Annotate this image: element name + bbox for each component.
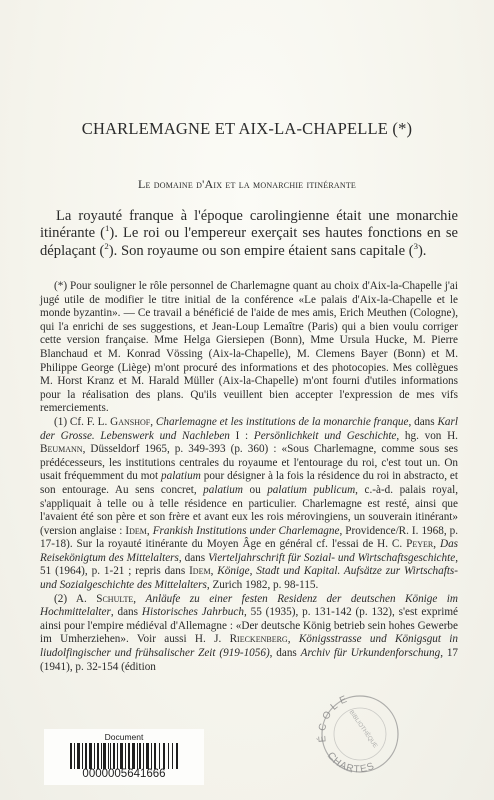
svg-text:CHARTES: CHARTES bbox=[325, 750, 377, 774]
svg-text:ÉCOLE: ÉCOLE bbox=[315, 692, 352, 742]
svg-text:BIBLIOTHÈQUE: BIBLIOTHÈQUE bbox=[348, 709, 379, 749]
library-stamp-icon: ÉCOLE CHARTES BIBLIOTHÈQUE bbox=[308, 692, 406, 774]
footnote-star: (*) Pour souligner le rôle personnel de … bbox=[40, 280, 458, 416]
body-paragraph: La royauté franque à l'époque carolingie… bbox=[40, 208, 458, 260]
footnotes: (*) Pour souligner le rôle personnel de … bbox=[40, 280, 458, 674]
barcode-number: 0000005641666 bbox=[44, 768, 204, 780]
barcode-title: Document bbox=[44, 732, 204, 742]
footnote-1: (1) Cf. F. L. Ganshof, Charlemagne et le… bbox=[40, 416, 458, 593]
barcode-icon bbox=[70, 743, 180, 769]
scanned-page: CHARLEMAGNE ET AIX-LA-CHAPELLE (*) Le do… bbox=[0, 0, 494, 800]
footnote-2: (2) A. Schulte, Anläufe zu einer festen … bbox=[40, 593, 458, 675]
barcode-label: Document 0000005641666 bbox=[44, 729, 204, 785]
article-title: CHARLEMAGNE ET AIX-LA-CHAPELLE (*) bbox=[0, 119, 494, 139]
section-heading: Le domaine d'Aix et la monarchie itinéra… bbox=[0, 177, 494, 192]
